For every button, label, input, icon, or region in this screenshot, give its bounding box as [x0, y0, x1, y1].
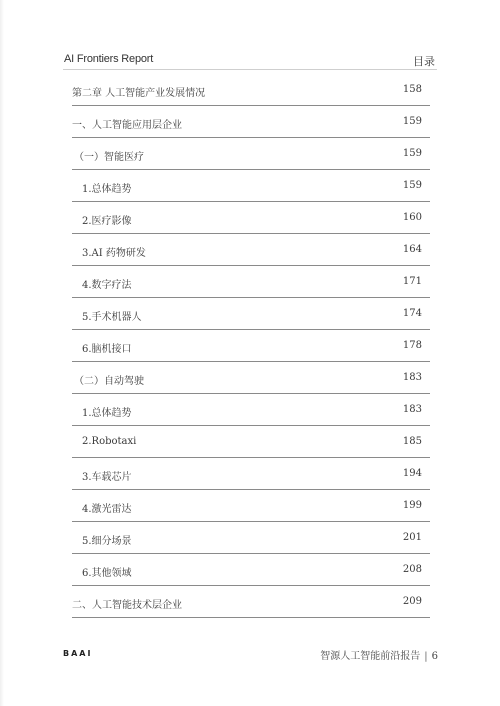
- toc-entry[interactable]: 5.细分场景 201: [72, 522, 430, 554]
- toc-entry-label: 第二章 人工智能产业发展情况: [72, 84, 205, 99]
- toc-entry[interactable]: 1.总体趋势 159: [72, 170, 430, 202]
- toc-entry-page: 159: [403, 116, 422, 127]
- page-header: AI Frontiers Report 目录: [63, 52, 437, 70]
- toc-entry-label: 5.手术机器人: [82, 308, 142, 323]
- toc-entry-label: （二）自动驾驶: [74, 372, 144, 387]
- toc-entry[interactable]: 二、人工智能技术层企业 209: [72, 586, 430, 618]
- baai-logo: BAAI: [63, 649, 92, 658]
- toc-entry[interactable]: 1.总体趋势 183: [72, 394, 430, 426]
- toc-entry[interactable]: 第二章 人工智能产业发展情况 158: [72, 74, 430, 106]
- page-edge: [0, 0, 4, 706]
- page-footer: 智源人工智能前沿报告|6: [320, 647, 438, 662]
- toc-entry[interactable]: 2.医疗影像 160: [72, 202, 430, 234]
- section-title: 目录: [413, 53, 435, 69]
- toc-entry-label: 5.细分场景: [82, 532, 132, 547]
- toc-entry-page: 159: [403, 180, 422, 191]
- table-of-contents: 第二章 人工智能产业发展情况 158 一、人工智能应用层企业 159 （一）智能…: [72, 74, 430, 618]
- toc-entry-label: 二、人工智能技术层企业: [72, 596, 182, 611]
- report-title: AI Frontiers Report: [64, 53, 153, 65]
- toc-entry[interactable]: 3.AI 药物研发 164: [72, 234, 430, 266]
- toc-entry[interactable]: 6.脑机接口 178: [72, 330, 430, 362]
- toc-entry-label: 一、人工智能应用层企业: [72, 116, 182, 131]
- toc-entry-page: 178: [403, 340, 422, 351]
- toc-entry[interactable]: 3.车载芯片 194: [72, 458, 430, 490]
- toc-entry-page: 160: [403, 212, 422, 223]
- toc-entry-page: 159: [403, 148, 422, 159]
- toc-entry-label: 2.医疗影像: [82, 212, 132, 227]
- page-number: 6: [432, 651, 438, 662]
- toc-entry[interactable]: （一）智能医疗 159: [72, 138, 430, 170]
- toc-entry-page: 185: [403, 436, 422, 447]
- footer-separator: |: [424, 651, 427, 662]
- toc-entry-label: 3.AI 药物研发: [82, 244, 146, 259]
- toc-entry-page: 201: [403, 532, 422, 543]
- toc-entry-label: 1.总体趋势: [82, 404, 132, 419]
- footer-report-name: 智源人工智能前沿报告: [320, 651, 420, 662]
- toc-entry[interactable]: 4.数字疗法 171: [72, 266, 430, 298]
- toc-entry[interactable]: 5.手术机器人 174: [72, 298, 430, 330]
- toc-entry[interactable]: 6.其他领域 208: [72, 554, 430, 586]
- toc-entry-label: 4.激光雷达: [82, 500, 132, 515]
- toc-entry-page: 199: [403, 500, 422, 511]
- toc-entry[interactable]: 4.激光雷达 199: [72, 490, 430, 522]
- toc-entry-page: 174: [403, 308, 422, 319]
- toc-entry[interactable]: （二）自动驾驶 183: [72, 362, 430, 394]
- toc-entry-page: 209: [403, 596, 422, 607]
- toc-entry-page: 171: [403, 276, 422, 287]
- toc-entry-page: 208: [403, 564, 422, 575]
- toc-entry[interactable]: 2.Robotaxi 185: [72, 426, 430, 458]
- toc-entry-page: 183: [403, 372, 422, 383]
- toc-entry-label: （一）智能医疗: [74, 148, 144, 163]
- toc-entry-label: 6.其他领域: [82, 564, 132, 579]
- toc-entry-label: 1.总体趋势: [82, 180, 132, 195]
- toc-entry-page: 183: [403, 404, 422, 415]
- toc-entry-page: 194: [403, 468, 422, 479]
- toc-entry-page: 164: [403, 244, 422, 255]
- toc-entry-label: 4.数字疗法: [82, 276, 132, 291]
- toc-entry-label: 6.脑机接口: [82, 340, 132, 355]
- toc-entry-label: 3.车载芯片: [82, 468, 132, 483]
- toc-entry-label: 2.Robotaxi: [82, 436, 136, 447]
- toc-entry[interactable]: 一、人工智能应用层企业 159: [72, 106, 430, 138]
- toc-entry-page: 158: [403, 84, 422, 95]
